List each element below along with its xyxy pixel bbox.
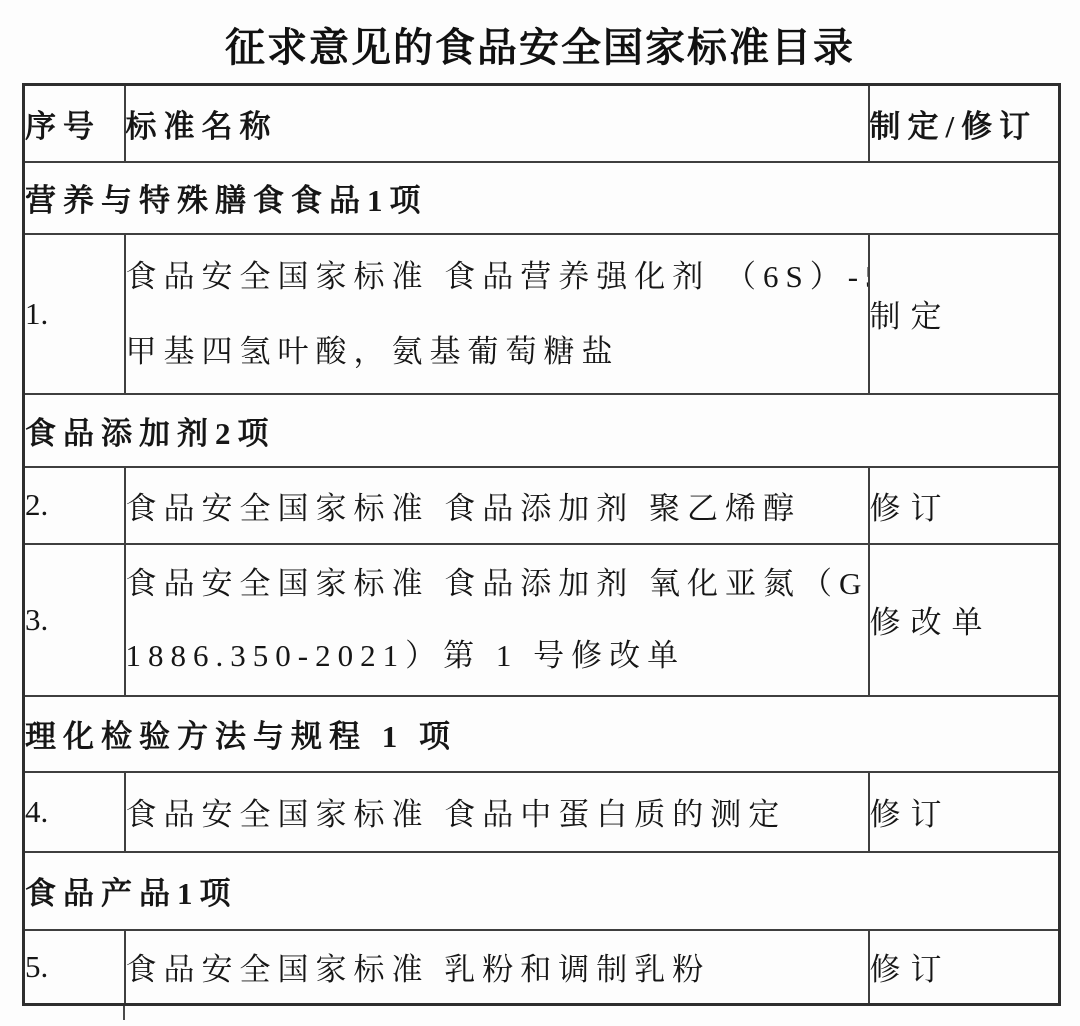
table-row: 4. 食品安全国家标准 食品中蛋白质的测定 修订: [24, 772, 1060, 852]
standard-name-line: 甲基四氢叶酸，氨基葡萄糖盐: [126, 314, 868, 389]
page-title: 征求意见的食品安全国家标准目录: [0, 16, 1080, 73]
table-row: 2. 食品安全国家标准 食品添加剂 聚乙烯醇 修订: [24, 467, 1060, 544]
table-continuation-line: [123, 1006, 125, 1020]
row-index: 2.: [24, 467, 125, 544]
column-header-name: 标准名称: [125, 85, 869, 162]
section-row: 食品产品1项: [24, 852, 1060, 930]
row-index: 3.: [24, 544, 125, 696]
standard-name-line: 食品安全国家标准 乳粉和调制乳粉: [126, 944, 868, 989]
standard-name: 食品安全国家标准 食品营养强化剂 （6S）-5- 甲基四氢叶酸，氨基葡萄糖盐: [125, 234, 869, 394]
section-row: 食品添加剂2项: [24, 394, 1060, 467]
standard-name: 食品安全国家标准 乳粉和调制乳粉: [125, 930, 869, 1005]
column-header-index: 序号: [24, 85, 125, 162]
section-label: 理化检验方法与规程 1 项: [24, 696, 1060, 772]
section-label: 营养与特殊膳食食品1项: [24, 162, 1060, 234]
section-row: 营养与特殊膳食食品1项: [24, 162, 1060, 234]
action-type: 修订: [869, 930, 1060, 1005]
standard-name-line: 食品安全国家标准 食品添加剂 聚乙烯醇: [126, 483, 868, 528]
standards-table: 序号 标准名称 制定/修订 营养与特殊膳食食品1项 1. 食品安全国家标准 食品…: [22, 83, 1061, 1006]
standard-name: 食品安全国家标准 食品添加剂 聚乙烯醇: [125, 467, 869, 544]
standard-name: 食品安全国家标准 食品中蛋白质的测定: [125, 772, 869, 852]
standard-name-line: 1886.350-2021）第 1 号修改单: [126, 620, 868, 692]
section-label: 食品添加剂2项: [24, 394, 1060, 467]
action-type: 修订: [869, 467, 1060, 544]
table-row: 3. 食品安全国家标准 食品添加剂 氧化亚氮（GB 1886.350-2021）…: [24, 544, 1060, 696]
table-header-row: 序号 标准名称 制定/修订: [24, 85, 1060, 162]
standard-name-line: 食品安全国家标准 食品添加剂 氧化亚氮（GB: [126, 548, 868, 620]
table-row: 5. 食品安全国家标准 乳粉和调制乳粉 修订: [24, 930, 1060, 1005]
action-type: 修改单: [869, 544, 1060, 696]
row-index: 4.: [24, 772, 125, 852]
standard-name-line: 食品安全国家标准 食品营养强化剂 （6S）-5-: [126, 239, 868, 314]
standard-name: 食品安全国家标准 食品添加剂 氧化亚氮（GB 1886.350-2021）第 1…: [125, 544, 869, 696]
row-index: 1.: [24, 234, 125, 394]
section-row: 理化检验方法与规程 1 项: [24, 696, 1060, 772]
row-index: 5.: [24, 930, 125, 1005]
table-row: 1. 食品安全国家标准 食品营养强化剂 （6S）-5- 甲基四氢叶酸，氨基葡萄糖…: [24, 234, 1060, 394]
standard-name-line: 食品安全国家标准 食品中蛋白质的测定: [126, 789, 868, 834]
section-label: 食品产品1项: [24, 852, 1060, 930]
action-type: 修订: [869, 772, 1060, 852]
column-header-action: 制定/修订: [869, 85, 1060, 162]
action-type: 制定: [869, 234, 1060, 394]
